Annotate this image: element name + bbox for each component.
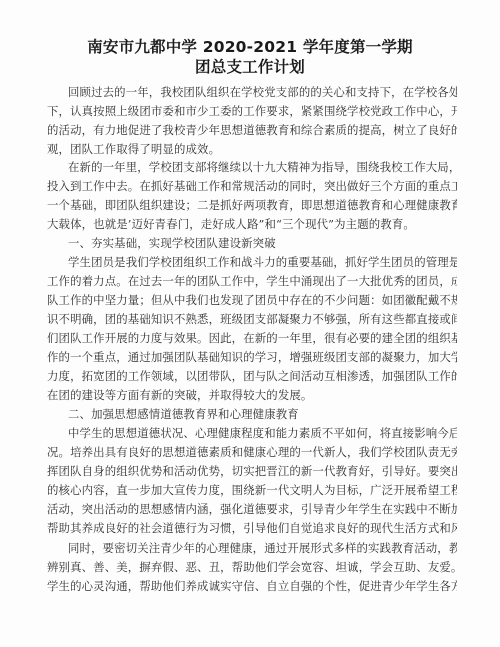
paragraph-line: 投入到工作中去。在抓好基础工作和常规活动的同时，突出做好三个方面的重点工作：一是…	[47, 179, 457, 193]
paragraph-line: 挥团队自身的组织优势和活动优势，切实把晋江的新一代教育好，引导好。要突出理想信念…	[47, 464, 457, 478]
paragraph-line: 同时，要密切关注青少年的心理健康，通过开展形式多样的实践教育活动，教育引导青少年	[68, 541, 457, 555]
paragraph-line: 中学生的思想道德状况、心理健康程度和能力素质不平如何，将直接影响今后晋江的发展状	[68, 426, 457, 440]
paragraph-line: 的核心内容，直一步加大宣传力度，围绕新一代文明人为目标，广泛开展希望工程、手拉手…	[47, 483, 457, 497]
paragraph-line: 下，认真按照上级团市委和市少工委的工作要求，紧紧围绕学校党政工作中心，开展了丰富…	[47, 104, 457, 118]
paragraph-line: 队工作的中坚力量；但从中我们也发现了团员中存在的不少问题：如团徽配戴不规范，团员…	[47, 293, 457, 307]
document-title: 南安市九都中学 2020-2021 学年度第一学期	[0, 35, 500, 57]
paragraph-line: 回顾过去的一年，我校团队组织在学校党支部的的关心和支持下，在学校各处室的共同配合	[68, 85, 457, 99]
paragraph-line: 况。培养出具有良好的思想道德素质和健康心理的一代新人，我们学校团队责无旁贷，要切…	[47, 445, 457, 459]
paragraph-line: 在团的建设等方面有新的突破，并取得较大的发展。	[47, 388, 457, 402]
paragraph-line: 作的一个重点，通过加强团队基础知识的学习，增强班级团支部的凝聚力，加大学生干部的…	[47, 350, 457, 364]
paragraph-line: 一个基础，即团队组织建设；二是抓好两项教育，即思想道德教育和心理健康教育；三是培…	[47, 198, 457, 212]
paragraph-line: 学生团员是我们学校团组织工作和战斗力的重要基础，抓好学生团员的管理是我们做好团队	[68, 255, 457, 269]
paragraph-line: 的活动，有力地促进了我校青少年思想道德教育和综合素质的提高，树立了良好的人生观、…	[47, 123, 457, 137]
paragraph-line: 帮助其养成良好的社会道德行为习惯，引导他们自觉追求良好的现代生活方式和风尚。	[47, 521, 457, 535]
paragraph-line: 在新的一年里，学校团支部将继续以十九大精神为指导，围绕我校工作大局，以更新的姿态	[68, 160, 457, 174]
paragraph-line: 活动，突出活动的思想感情内涵，强化道德要求，引导青少年学生在实践中不断加强自身修…	[47, 502, 457, 516]
paragraph-line: 们团队工作开展的力度与效果。因此，在新的一年里，很有必要的建全团的组织基础作为今…	[47, 331, 457, 345]
section-heading-1: 一、夯实基础，实现学校团队建设新突破	[68, 236, 457, 250]
paragraph-line: 学生的心灵沟通，帮助他们养成诚实守信、自立自强的个性，促进青少年学生各方面的健康…	[47, 579, 457, 593]
paragraph-line: 观，团队工作取得了明显的成效。	[47, 142, 457, 156]
paragraph-line: 辨别真、善、美，摒弃假、恶、丑，帮助他们学会宽容、坦诚，学会互助、友爱。要注重加…	[47, 560, 457, 574]
paragraph-line: 力度，拓宽团的工作领域，以团带队，团与队之间活动互相渗透，加强团队工作的一体化，…	[47, 369, 457, 383]
paragraph-line: 识不明确，团的基础知识不熟悉，班级团支部凝聚力不够强，所有这些都直接或间接地影响…	[47, 312, 457, 326]
paragraph-line: 大载体，也就是’迈好青春门，走好成人路”和“三个现代”为主题的教育。	[47, 217, 457, 231]
paragraph-line: 工作的着力点。在过去一年的团队工作中，学生中涌现出了一大批优秀的团员，成为我们学…	[47, 274, 457, 288]
document-subtitle: 团总支工作计划	[0, 55, 500, 77]
document-page: 南安市九都中学 2020-2021 学年度第一学期 团总支工作计划 回顾过去的一…	[0, 0, 500, 647]
section-heading-2: 二、加强思想感情道德教育界和心理健康教育	[68, 407, 457, 421]
